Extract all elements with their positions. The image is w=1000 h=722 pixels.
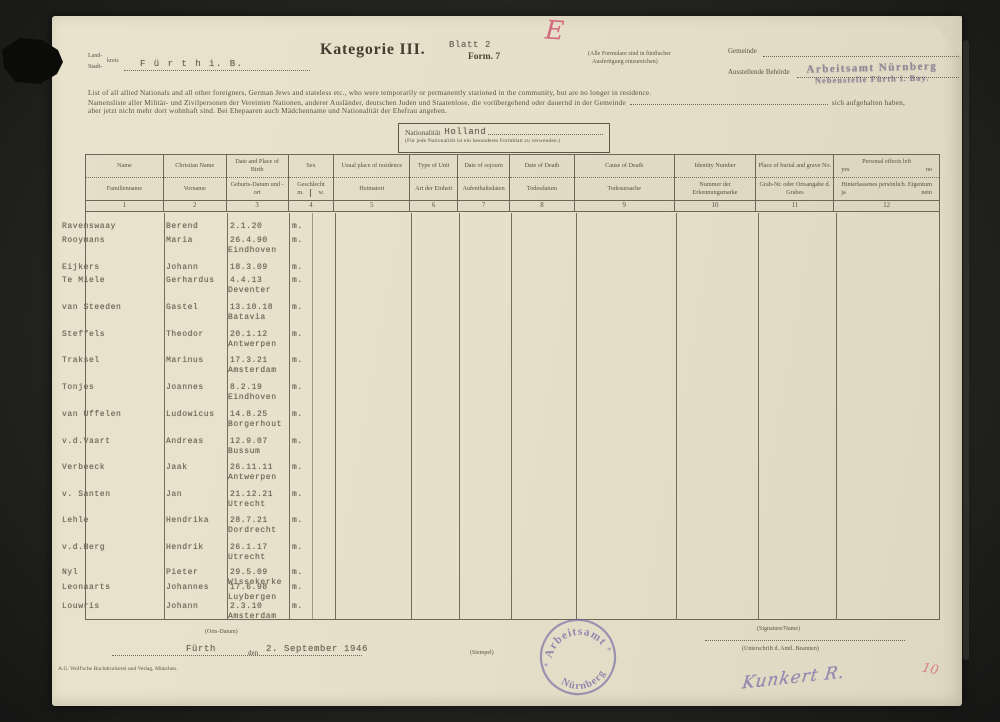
column-header-9: Cause of DeathTodesursache9 — [575, 155, 675, 211]
table-header: NameFamilienname1Christian NameVorname2D… — [86, 155, 939, 212]
intro-english: List of all allied Nationals and all oth… — [88, 88, 651, 97]
column-header-7: Date of sojournAufenthaltsdaten7 — [458, 155, 510, 211]
signature-dotted-line — [705, 640, 905, 641]
column-header-4: SexGeschlechtm.w.4 — [289, 155, 335, 211]
column-header-5: Usual place of residenceHeimatort5 — [334, 155, 410, 211]
red-page-number: 10 — [921, 660, 940, 678]
kreis-value: F ü r t h i. B. — [140, 59, 244, 69]
nationality-value: Holland — [444, 127, 486, 137]
column-number: 6 — [410, 200, 457, 211]
seal-star-left: * — [543, 660, 550, 671]
column-header-11: Place of burial and grave No.Grab-Nr. od… — [756, 155, 834, 211]
column-header-en-sub: yesno — [836, 166, 937, 174]
column-header-3: Date and Place of BirthGeburts-Datum und… — [227, 155, 289, 211]
torn-edge-blob — [0, 30, 76, 96]
table-column-rule — [758, 213, 759, 619]
column-number: 7 — [458, 200, 509, 211]
red-letter-mark: E — [544, 15, 565, 46]
office-stamp: Arbeitsamt Nürnberg Nebenstelle Fürth i.… — [782, 60, 963, 87]
column-number: 10 — [675, 200, 756, 211]
column-header-8: Date of DeathTodesdatum8 — [510, 155, 575, 211]
column-header-12: Personal effects leftyesnoHinterlassenes… — [834, 155, 939, 211]
column-header-6: Type of UnitArt der Einheit6 — [410, 155, 458, 211]
column-number: 8 — [510, 200, 574, 211]
kreis-dotted-line — [124, 70, 310, 71]
form-title: Kategorie III. — [320, 41, 425, 59]
table-column-rule — [289, 213, 290, 619]
svg-text:Arbeitsamt: Arbeitsamt — [538, 619, 610, 662]
nationality-box: Nationalität Holland (Für jede Nationali… — [398, 123, 610, 153]
table-column-rule — [411, 213, 412, 619]
place-date-dotted-line — [112, 655, 362, 656]
orts-datum-label: (Orts-Datum) — [205, 629, 238, 635]
column-header-de-sub: m.w. — [291, 189, 332, 197]
column-header-1: NameFamilienname1 — [86, 155, 164, 211]
den-label: den — [248, 649, 258, 657]
column-number: 9 — [575, 200, 674, 211]
blatt-number: Blatt 2 — [449, 40, 491, 50]
date-value: 2. September 1946 — [266, 644, 368, 654]
table-column-rule — [312, 213, 313, 619]
column-number: 11 — [756, 200, 833, 211]
nationality-note: (Für jede Nationalität ist ein besondere… — [405, 138, 605, 144]
nationality-label: Nationalität — [405, 128, 440, 137]
seal-text-top: Arbeitsamt — [538, 619, 610, 662]
place-value: Fürth — [186, 644, 216, 654]
table-column-rule — [227, 213, 228, 619]
stadt-label: Stadt- — [88, 64, 102, 70]
gemeinde-dotted-line — [763, 56, 959, 57]
table-body — [86, 213, 939, 619]
column-header-2: Christian NameVorname2 — [164, 155, 227, 211]
scan-edge-artifact — [963, 40, 969, 660]
column-number: 12 — [834, 200, 939, 211]
gemeinde-fill-dots — [630, 97, 828, 105]
printer-imprint: A.G. Wolf'sche Buchdruckerei und Verlag,… — [58, 666, 178, 672]
scanned-document: Land- Stadt- kreis F ü r t h i. B. Kateg… — [0, 0, 1000, 722]
register-table: NameFamilienname1Christian NameVorname2D… — [85, 154, 940, 620]
stempel-label: (Stempel) — [470, 650, 494, 656]
column-number: 3 — [227, 200, 288, 211]
copies-note-line2: Ausfertigung einzureichen) — [592, 59, 658, 65]
intro-german-line2: aber jetzt nicht mehr dort wohnhaft sind… — [88, 106, 447, 115]
column-number: 4 — [289, 200, 334, 211]
signature-label: (Signature/Name) — [757, 626, 800, 632]
table-column-rule — [335, 213, 336, 619]
kreis-label: kreis — [107, 58, 119, 64]
column-header-de-sub: janein — [836, 189, 937, 197]
table-column-rule — [164, 213, 165, 619]
behoerde-label: Ausstellende Behörde — [728, 68, 790, 76]
nationality-dots — [488, 126, 603, 135]
form-number: Form. 7 — [468, 52, 500, 62]
copies-note-line1: (Alle Formulare sind in fünffacher — [588, 51, 671, 57]
column-number: 1 — [86, 200, 163, 211]
land-label: Land- — [88, 53, 102, 59]
signature-sub-label: (Unterschrift d. Amtl. Beamten) — [742, 646, 819, 652]
column-header-10: Identity NumberNummer der Erkennungsmark… — [675, 155, 757, 211]
table-column-rule — [676, 213, 677, 619]
table-column-rule — [459, 213, 460, 619]
table-column-rule — [836, 213, 837, 619]
intro-german-right: sich aufgehalten haben, — [832, 98, 905, 107]
table-column-rule — [576, 213, 577, 619]
table-column-rule — [511, 213, 512, 619]
column-number: 5 — [334, 200, 409, 211]
column-number: 2 — [164, 200, 226, 211]
gemeinde-label: Gemeinde — [728, 47, 757, 55]
